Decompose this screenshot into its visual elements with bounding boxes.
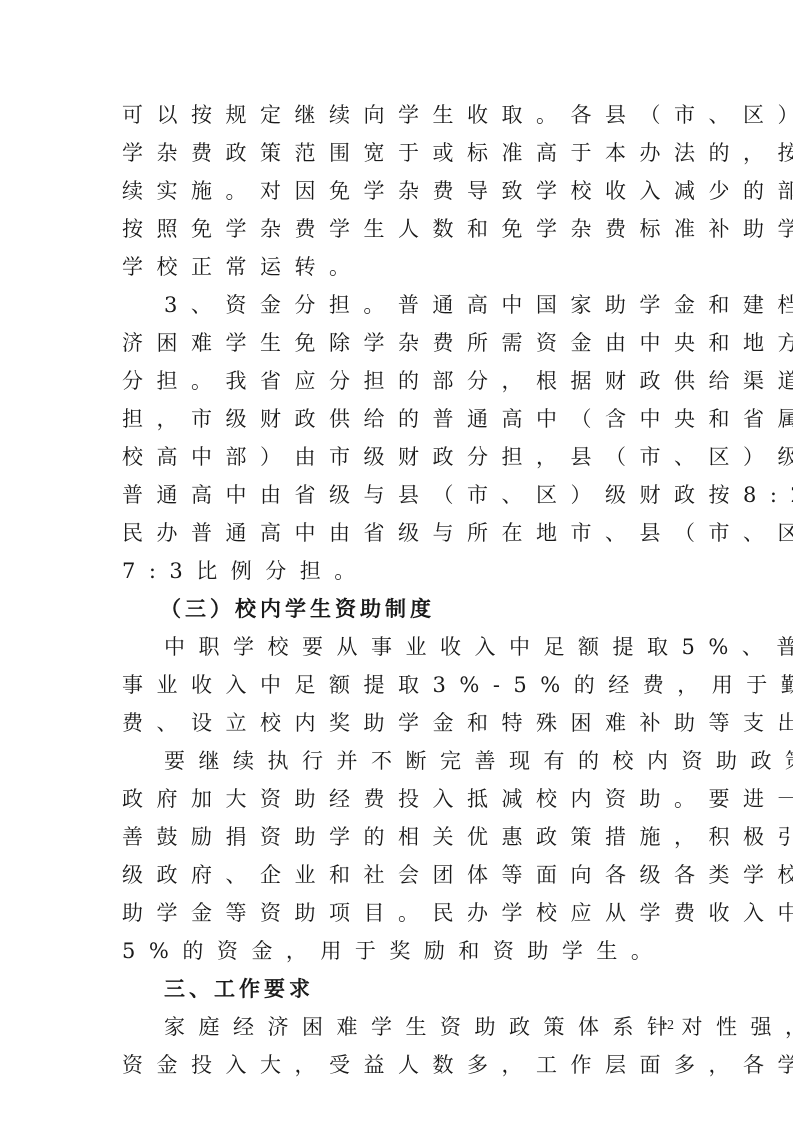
- body-text-line: 民办普通高中由省级与所在地市、县（市、区）级财政按: [122, 520, 793, 546]
- body-text-line: 5%的资金，用于奖励和资助学生。: [122, 938, 665, 964]
- body-text-line: 资金投入大，受益人数多，工作层面多，各学校要按照国: [122, 1052, 793, 1078]
- paragraph-start-line: 家庭经济困难学生资助政策体系针对性强，涉及面广，: [164, 1014, 793, 1040]
- body-text-line: 级政府、企业和社会团体等面向各级各类学校设立奖学金、: [122, 862, 793, 888]
- body-text-line: 7:3比例分担。: [122, 558, 369, 584]
- paragraph-start-line: 3、资金分担。普通高中国家助学金和建档立卡家庭经: [164, 292, 793, 318]
- body-text-line: 普通高中由省级与县（市、区）级财政按8:2比例分担；: [122, 482, 793, 508]
- page-number: 12: [660, 1018, 674, 1034]
- body-text-line: 助学金等资助项目。民办学校应从学费收入中提取不少于: [122, 900, 793, 926]
- paragraph-start-line: 中职学校要从事业收入中足额提取5%、普通高中要从: [164, 634, 793, 660]
- body-text-line: 政府加大资助经费投入抵减校内资助。要进一步落实、完: [122, 786, 793, 812]
- body-text-line: 学校正常运转。: [122, 254, 364, 280]
- body-text-line: 事业收入中足额提取3%-5%的经费，用于勤工助学、减免学: [122, 672, 793, 698]
- paragraph-start-line: 要继续执行并不断完善现有的校内资助政策，不得因: [164, 748, 793, 774]
- document-page: 可以按规定继续向学生收取。各县（市、区）普通高中免 学杂费政策范围宽于或标准高于…: [0, 0, 793, 1122]
- body-text-line: 费、设立校内奖助学金和特殊困难补助等支出。: [122, 710, 793, 736]
- body-text-line: 分担。我省应分担的部分，根据财政供给渠道实行分级分: [122, 368, 793, 394]
- body-text-line: 学杂费政策范围宽于或标准高于本办法的，按照原政策继: [122, 140, 793, 166]
- body-text-line: 可以按规定继续向学生收取。各县（市、区）普通高中免: [122, 102, 793, 128]
- body-text-line: 担，市级财政供给的普通高中（含中央和省属高校附属学: [122, 406, 793, 432]
- section-heading: 三、工作要求: [164, 976, 314, 1002]
- body-text-line: 济困难学生免除学杂费所需资金由中央和地方按6：4比例: [122, 330, 793, 356]
- body-text-line: 善鼓励捐资助学的相关优惠政策措施，积极引导和鼓励各: [122, 824, 793, 850]
- body-text-line: 续实施。对因免学杂费导致学校收入减少的部分，由财政: [122, 178, 793, 204]
- body-text-line: 校高中部）由市级财政分担，县（市、区）级财政供给的: [122, 444, 793, 470]
- section-heading: （三）校内学生资助制度: [160, 596, 435, 622]
- body-text-line: 按照免学杂费学生人数和免学杂费标准补助学校，以保证: [122, 216, 793, 242]
